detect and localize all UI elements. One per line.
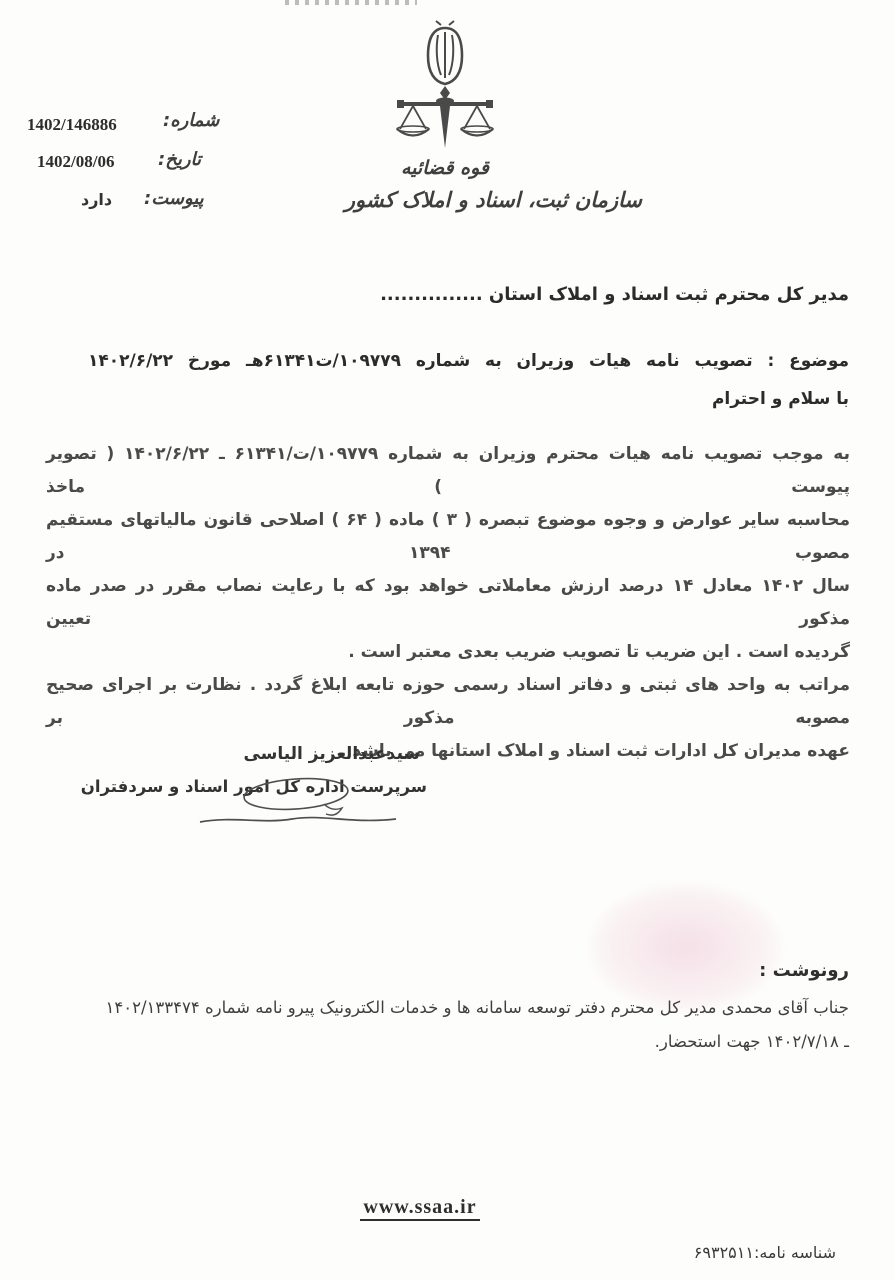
website-text: www.ssaa.ir: [360, 1196, 479, 1221]
org-name-registration: سازمان ثبت، اسناد و املاک کشور: [352, 188, 642, 212]
signatory-name: سیدعبدالعزیز الیاسی: [243, 744, 420, 764]
letter-date-label: تاریخ:: [158, 149, 201, 170]
cc-line: جناب آقای محمدی مدیر کل محترم دفتر توسعه…: [106, 998, 849, 1017]
letter-number-label: شماره:: [163, 110, 219, 131]
cc-line: ـ ۱۴۰۲/۷/۱۸ جهت استحضار.: [655, 1032, 849, 1051]
scanned-letter-page: شماره: 1402/146886 تاریخ: 1402/08/06 پیو…: [0, 0, 894, 1280]
cropped-header-text: [285, 0, 417, 5]
body-line: عهده مدیران کل ادارات ثبت اسناد و املاک …: [46, 735, 850, 768]
body-line: سال ۱۴۰۲ معادل ۱۴ درصد ارزش معاملاتی خوا…: [46, 570, 850, 636]
letter-id-label: شناسه نامه:: [754, 1243, 836, 1262]
cc-label: رونوشت :: [759, 960, 849, 981]
recipient-line: مدیر کل محترم ثبت اسناد و املاک استان ..…: [380, 284, 849, 305]
salutation-line: با سلام و احترام: [712, 389, 849, 409]
body-paragraph: به موجب تصویب نامه هیات محترم وزیران به …: [46, 438, 850, 768]
website-line: www.ssaa.ir: [352, 1196, 488, 1219]
body-line: مراتب به واحد های ثبتی و دفاتر اسناد رسم…: [46, 669, 850, 735]
judiciary-scales-emblem-icon: [385, 18, 505, 158]
stamp-smudge: [588, 882, 783, 1012]
letter-id: شناسه نامه:۶۹۳۲۵۱۱: [694, 1243, 836, 1262]
body-line: به موجب تصویب نامه هیات محترم وزیران به …: [46, 438, 850, 504]
handwritten-signature-icon: [192, 772, 404, 832]
attachment-label: پیوست:: [144, 188, 204, 209]
letter-number-value: 1402/146886: [27, 115, 117, 135]
letter-id-value: ۶۹۳۲۵۱۱: [694, 1243, 754, 1262]
subject-line: موضوع : تصویب نامه هیات وزیران به شماره …: [88, 351, 849, 371]
body-line: گردیده است . این ضریب تا تصویب ضریب بعدی…: [46, 636, 850, 669]
letter-date-value: 1402/08/06: [37, 152, 114, 172]
body-line: محاسبه سایر عوارض و وجوه موضوع تبصره ( ۳…: [46, 504, 850, 570]
attachment-value: دارد: [81, 190, 112, 209]
org-name-judiciary: قوه قضائیه: [385, 157, 505, 179]
